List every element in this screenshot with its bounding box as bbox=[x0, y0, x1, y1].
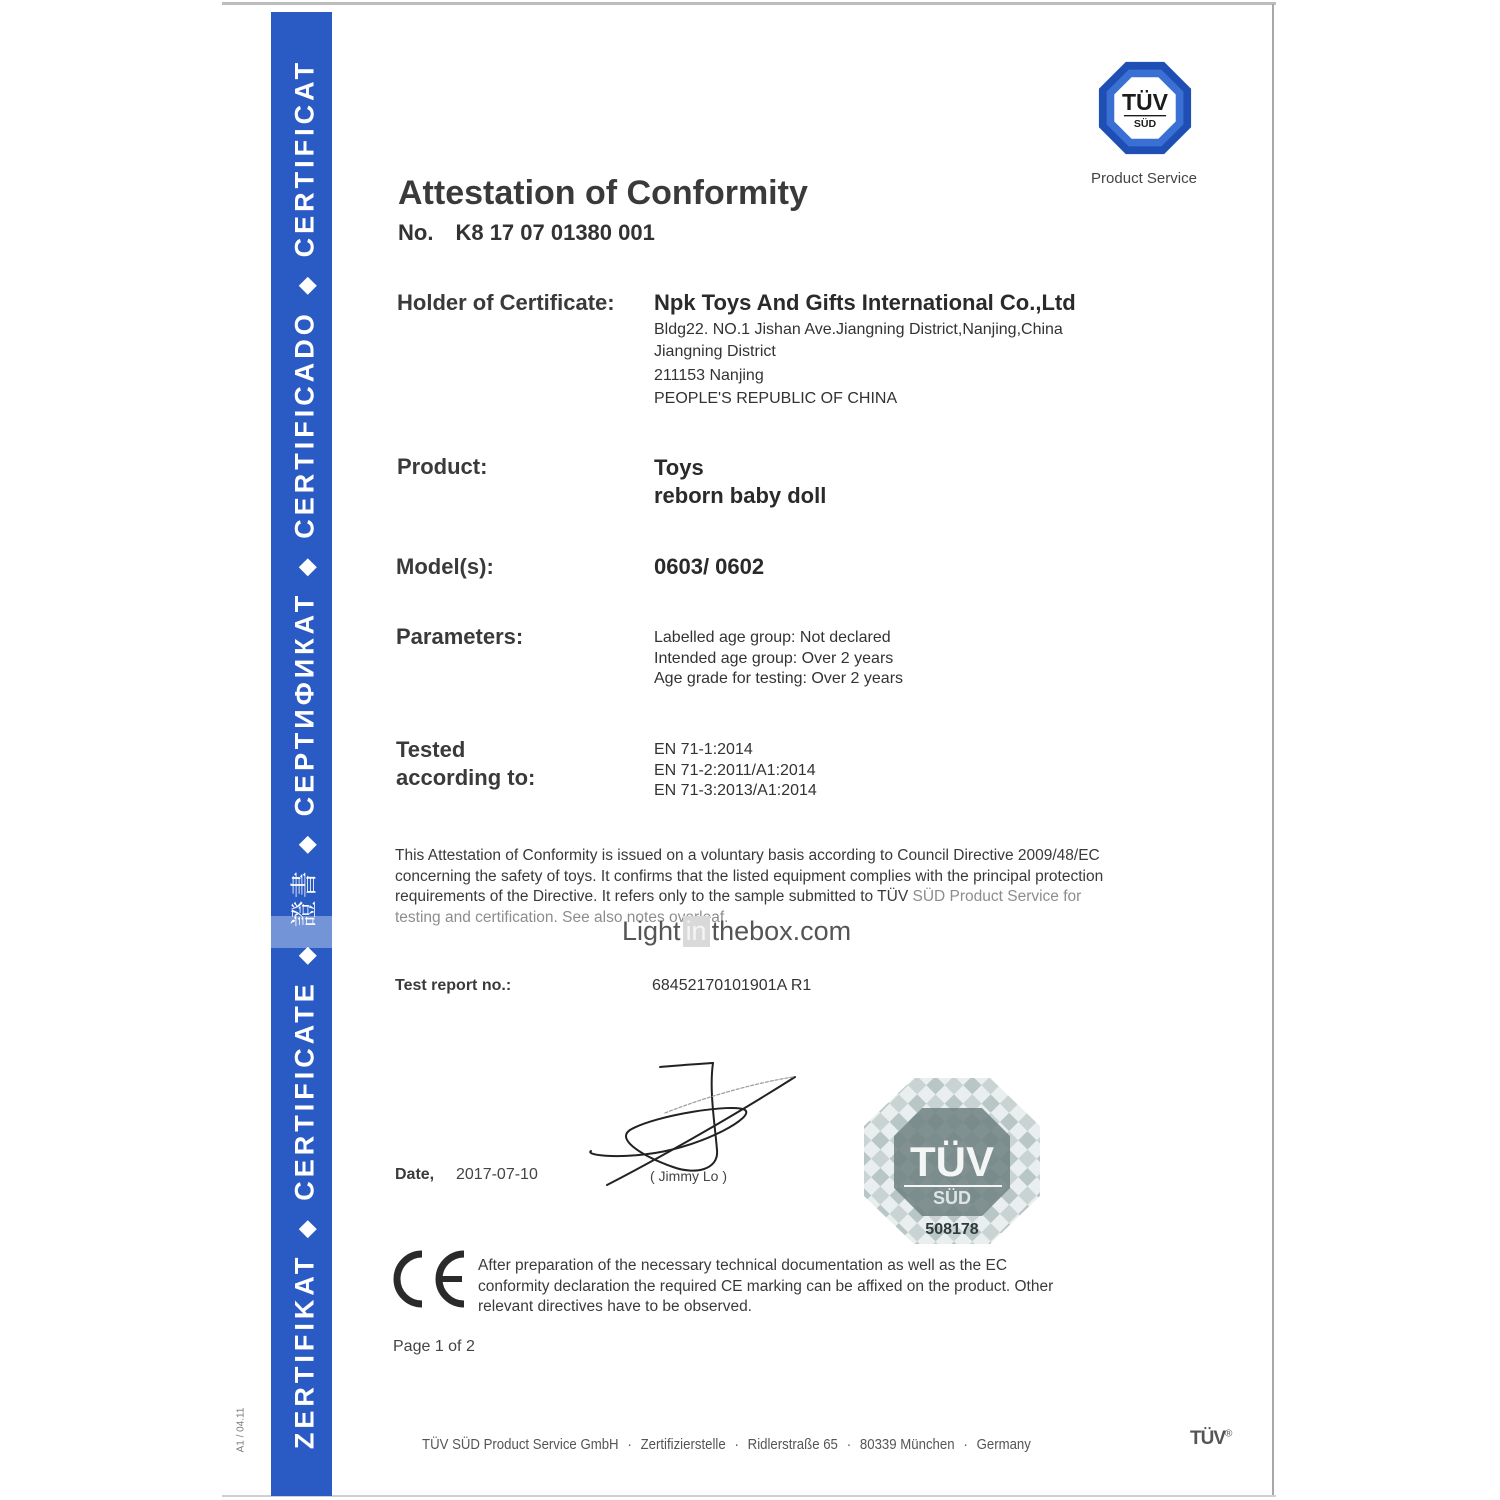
page-number: Page 1 of 2 bbox=[393, 1338, 475, 1356]
registered-mark: ® bbox=[1225, 1429, 1231, 1440]
side-band-text: ZERTIFIKAT◆CERTIFICATE◆證書◆СЕРТИФИКАТ◆CER… bbox=[282, 59, 321, 1449]
models-value: 0603/ 0602 bbox=[654, 554, 764, 580]
top-border bbox=[222, 2, 1276, 5]
diamond-icon: ◆ bbox=[293, 273, 319, 294]
parameters-label: Parameters: bbox=[396, 624, 523, 650]
svg-text:508178: 508178 bbox=[925, 1221, 978, 1238]
ce-mark-icon bbox=[390, 1248, 470, 1310]
footer-logo-text: TÜV bbox=[1190, 1428, 1225, 1449]
svg-text:TÜV: TÜV bbox=[1122, 89, 1169, 115]
band-label-certificate: CERTIFICATE bbox=[289, 980, 320, 1201]
product-line: reborn baby doll bbox=[654, 482, 826, 510]
product-value: Toys reborn baby doll bbox=[654, 454, 826, 510]
holder-address: Bldg22. NO.1 Jishan Ave.Jiangning Distri… bbox=[654, 319, 1063, 410]
address-line: Jiangning District bbox=[654, 341, 1063, 363]
test-report-label: Test report no.: bbox=[395, 977, 511, 995]
certificate-side-band: ZERTIFIKAT◆CERTIFICATE◆證書◆СЕРТИФИКАТ◆CER… bbox=[271, 12, 332, 1496]
date-value: 2017-07-10 bbox=[456, 1166, 538, 1184]
tuv-logo-icon: TÜV SÜD bbox=[1097, 60, 1193, 156]
certificate-number: No.K8 17 07 01380 001 bbox=[398, 220, 655, 246]
svg-text:SÜD: SÜD bbox=[933, 1188, 971, 1208]
date-label: Date, bbox=[395, 1166, 434, 1184]
footer-address: TÜV SÜD Product Service GmbH·Zertifizier… bbox=[422, 1436, 1031, 1453]
product-line: Toys bbox=[654, 454, 826, 482]
band-label-certificat: CERTIFICAT bbox=[289, 59, 320, 257]
tested-label: Tested according to: bbox=[396, 736, 535, 792]
diamond-icon: ◆ bbox=[293, 1217, 319, 1238]
watermark-strip bbox=[271, 916, 332, 948]
product-label: Product: bbox=[397, 454, 487, 480]
watermark-box: in bbox=[683, 916, 710, 947]
test-report-value: 68452170101901A R1 bbox=[652, 977, 811, 995]
document-title: Attestation of Conformity bbox=[398, 174, 808, 213]
footer-country: Germany bbox=[977, 1436, 1031, 1453]
signer-name: ( Jimmy Lo ) bbox=[650, 1168, 727, 1184]
footer-company: TÜV SÜD Product Service GmbH bbox=[422, 1436, 619, 1453]
site-watermark: Lightinthebox.com bbox=[622, 916, 851, 947]
svg-text:SÜD: SÜD bbox=[1134, 117, 1157, 130]
parameters-value: Labelled age group: Not declared Intende… bbox=[654, 628, 903, 690]
parameter-line: Labelled age group: Not declared bbox=[654, 628, 903, 649]
standard-line: EN 71-2:2011/A1:2014 bbox=[654, 761, 817, 782]
holder-name: Npk Toys And Gifts International Co.,Ltd bbox=[654, 290, 1076, 316]
address-line: 211153 Nanjing bbox=[654, 365, 1063, 387]
parameter-line: Intended age group: Over 2 years bbox=[654, 649, 903, 670]
standard-line: EN 71-1:2014 bbox=[654, 740, 817, 761]
diamond-icon: ◆ bbox=[293, 555, 319, 576]
tuv-hologram-seal-icon: TÜV SÜD 508178 bbox=[862, 1076, 1042, 1246]
tested-label-line: Tested bbox=[396, 736, 535, 764]
bottom-border bbox=[222, 1495, 1276, 1497]
diamond-icon: ◆ bbox=[293, 832, 319, 853]
ce-statement: After preparation of the necessary techn… bbox=[478, 1256, 1068, 1318]
band-label-zertifikat: ZERTIFIKAT bbox=[289, 1254, 320, 1449]
band-label-sertifikat: СЕРТИФИКАТ bbox=[289, 592, 320, 817]
standard-line: EN 71-3:2013/A1:2014 bbox=[654, 781, 817, 802]
form-code: A1 / 04.11 bbox=[228, 1400, 254, 1460]
watermark-text: thebox.com bbox=[712, 916, 852, 946]
address-line: PEOPLE'S REPUBLIC OF CHINA bbox=[654, 388, 1063, 410]
tested-label-line: according to: bbox=[396, 764, 535, 792]
address-line: Bldg22. NO.1 Jishan Ave.Jiangning Distri… bbox=[654, 319, 1063, 341]
band-label-certificado: CERTIFICADO bbox=[289, 310, 320, 539]
logo-caption: Product Service bbox=[1080, 170, 1208, 187]
footer-city: 80339 München bbox=[860, 1436, 955, 1453]
models-label: Model(s): bbox=[396, 554, 494, 580]
right-border bbox=[1272, 4, 1274, 1496]
svg-text:TÜV: TÜV bbox=[910, 1138, 994, 1185]
parameter-line: Age grade for testing: Over 2 years bbox=[654, 669, 903, 690]
certificate-number-value: K8 17 07 01380 001 bbox=[455, 220, 654, 245]
holder-label: Holder of Certificate: bbox=[397, 290, 615, 316]
footer-tuv-logo: TÜV® bbox=[1190, 1428, 1231, 1450]
certificate-number-label: No. bbox=[398, 220, 433, 245]
watermark-text: Light bbox=[622, 916, 681, 946]
footer-street: Ridlerstraße 65 bbox=[748, 1436, 838, 1453]
footer-dept: Zertifizierstelle bbox=[641, 1436, 726, 1453]
tested-standards: EN 71-1:2014 EN 71-2:2011/A1:2014 EN 71-… bbox=[654, 740, 817, 802]
